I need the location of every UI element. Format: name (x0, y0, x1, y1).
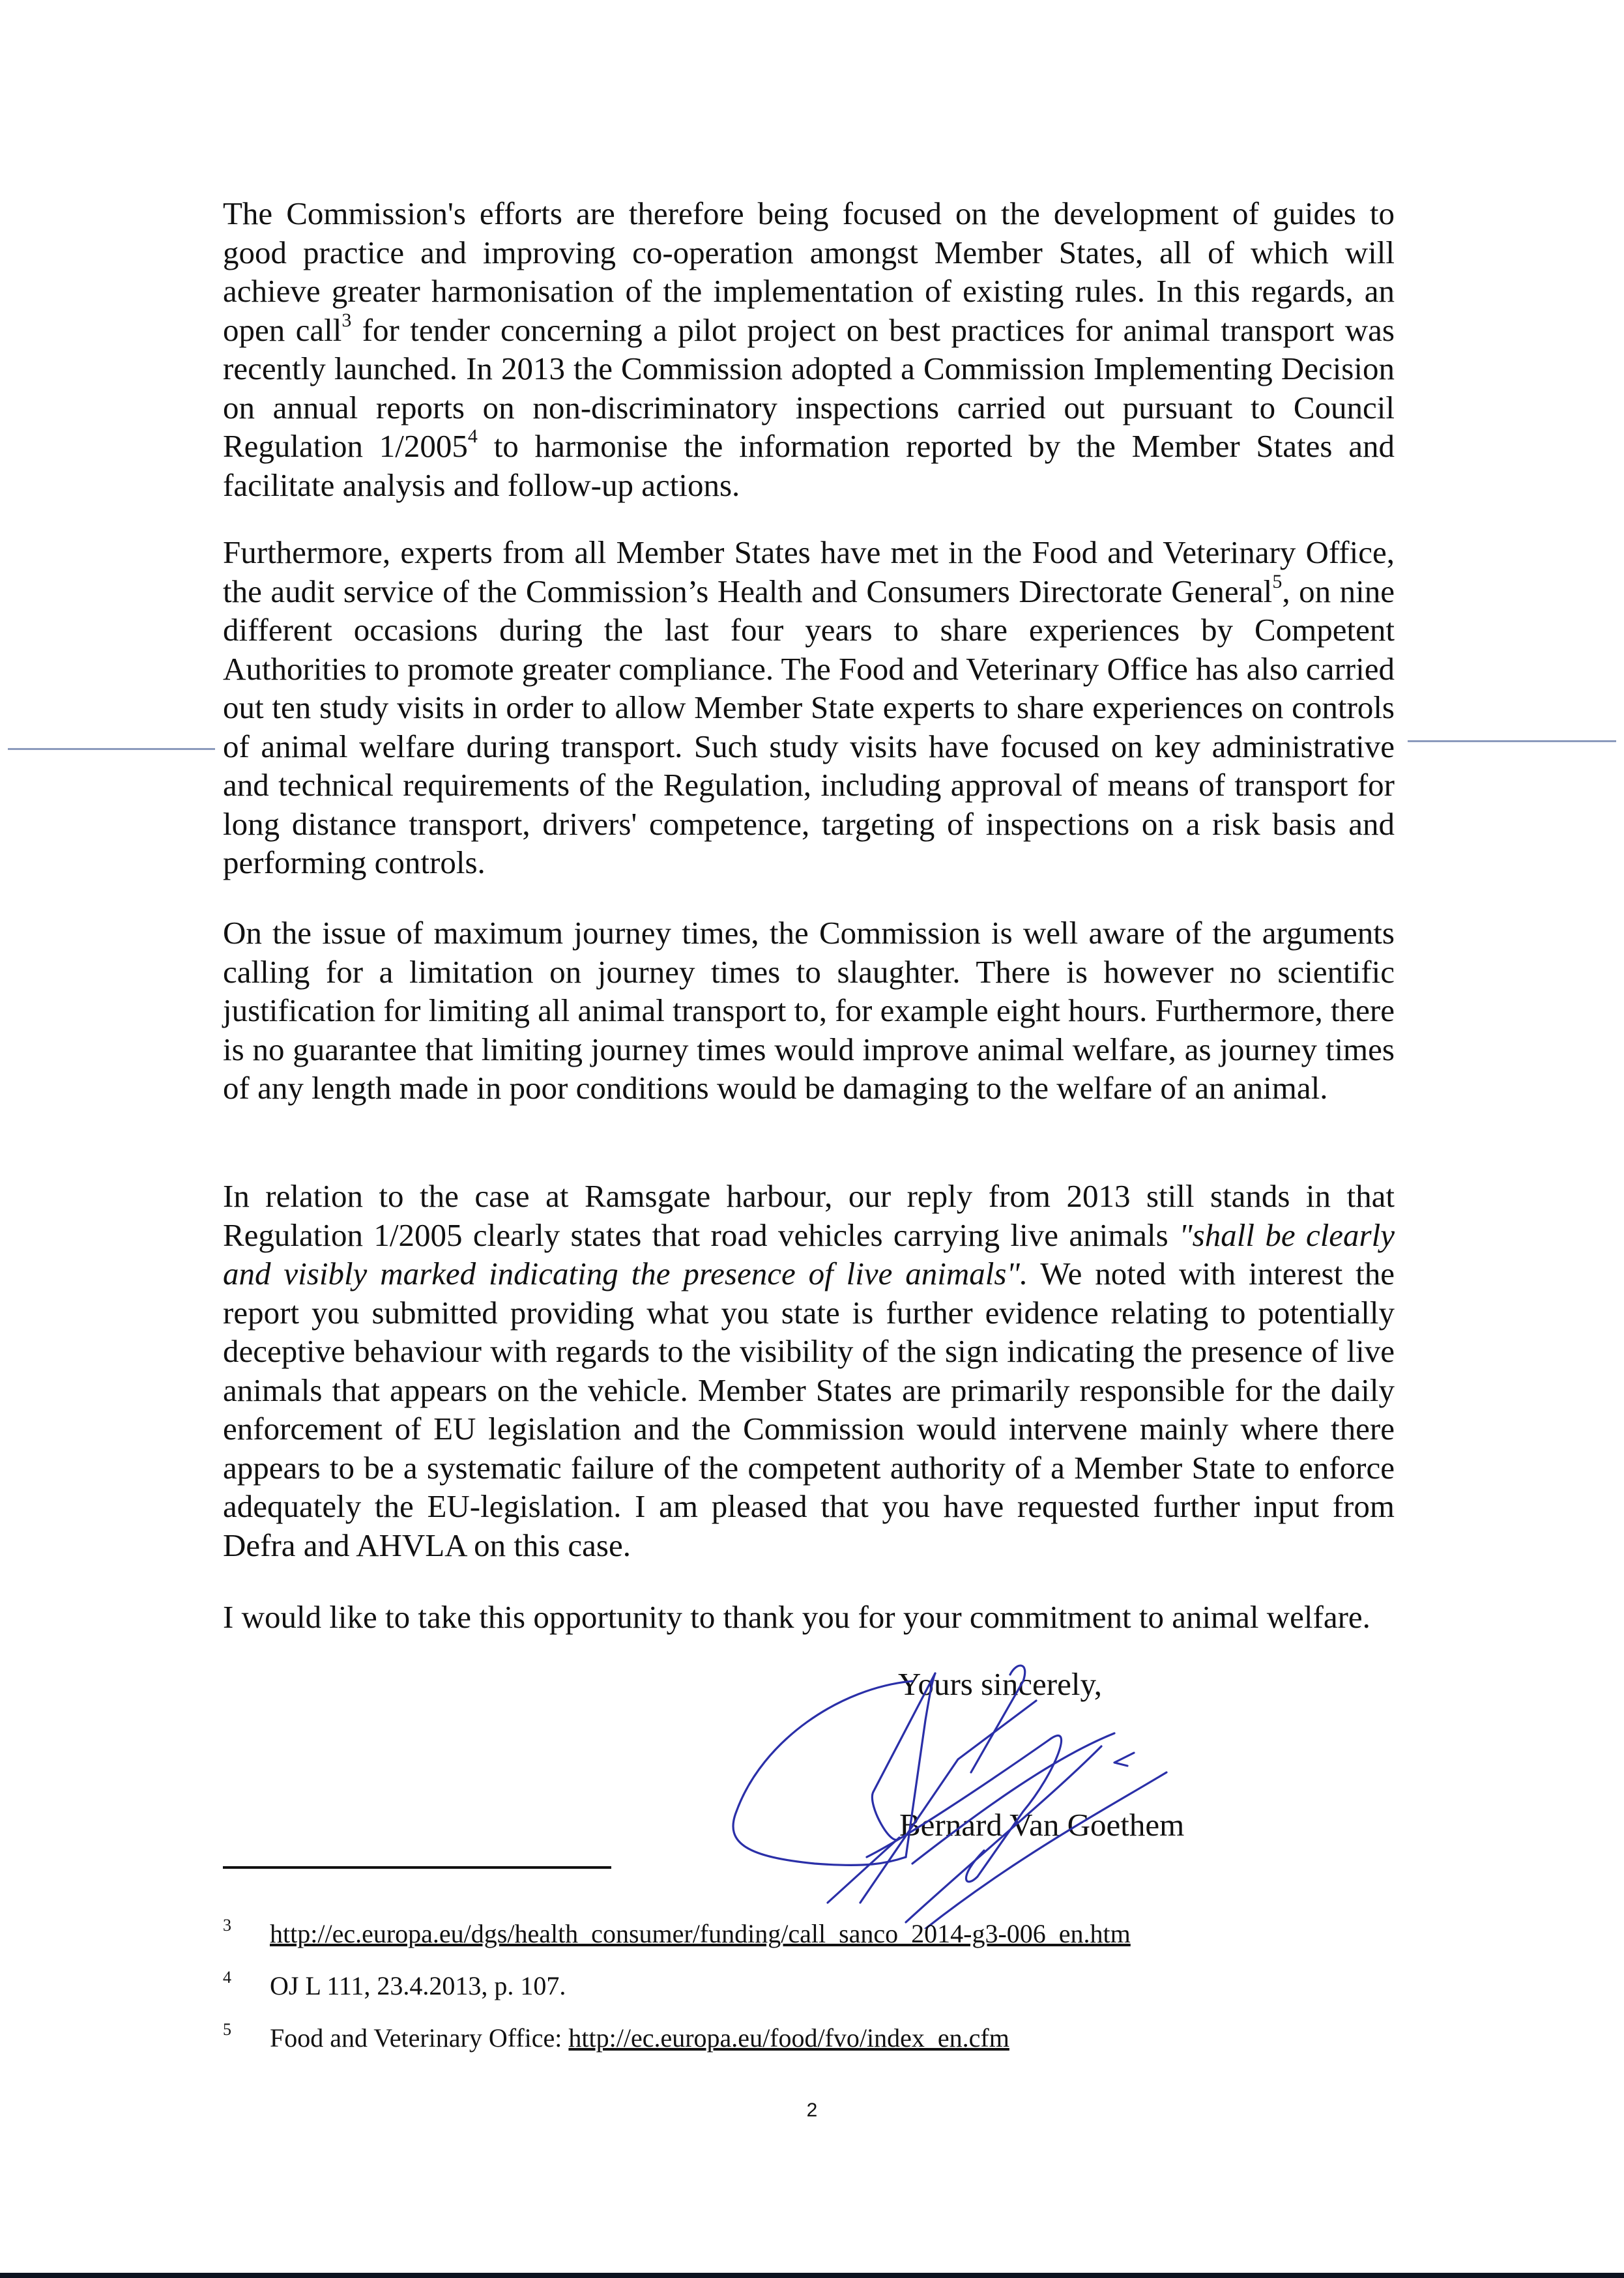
footnote-number: 5 (223, 2020, 270, 2040)
scan-fold-mark-left (8, 748, 215, 750)
footnote-number: 3 (223, 1916, 270, 1935)
paragraph-ramsgate-case: In relation to the case at Ramsgate harb… (223, 1177, 1395, 1564)
footnote-separator (223, 1866, 611, 1869)
footnote-4: 4OJ L 111, 23.4.2013, p. 107. (223, 1968, 566, 2001)
letter-page: The Commission's efforts are therefore b… (0, 0, 1624, 2278)
footnote-prefix: Food and Veterinary Office: (270, 2023, 568, 2053)
footnote-5: 5Food and Veterinary Office: http://ec.e… (223, 2020, 1009, 2053)
footnote-number: 4 (223, 1968, 270, 1987)
paragraph-fvo-experts: Furthermore, experts from all Member Sta… (223, 533, 1395, 882)
footnote-prefix: OJ L 111, 23.4.2013, p. 107. (270, 1971, 566, 2000)
footnote-link-call-for-tender[interactable]: http://ec.europa.eu/dgs/health_consumer/… (270, 1919, 1131, 1948)
footnote-link-fvo[interactable]: http://ec.europa.eu/food/fvo/index_en.cf… (568, 2023, 1009, 2053)
footnote-reference: 3 (341, 310, 351, 331)
footnote-reference: 4 (468, 425, 478, 447)
closing-salutation: Yours sincerely, (898, 1665, 1102, 1703)
footnote-3: 3http://ec.europa.eu/dgs/health_consumer… (223, 1916, 1131, 1949)
scan-fold-mark-right (1408, 740, 1616, 742)
page-number: 2 (0, 2099, 1624, 2122)
quoted-regulation-text: "shall be clearly and visibly marked ind… (223, 1217, 1395, 1292)
footnote-reference: 5 (1272, 571, 1282, 592)
scan-bottom-edge (0, 2273, 1624, 2278)
signer-name: Bernard Van Goethem (899, 1806, 1184, 1843)
paragraph-thanks: I would like to take this opportunity to… (223, 1598, 1395, 1637)
paragraph-guides-good-practice: The Commission's efforts are therefore b… (223, 194, 1395, 504)
paragraph-journey-times: On the issue of maximum journey times, t… (223, 914, 1395, 1108)
